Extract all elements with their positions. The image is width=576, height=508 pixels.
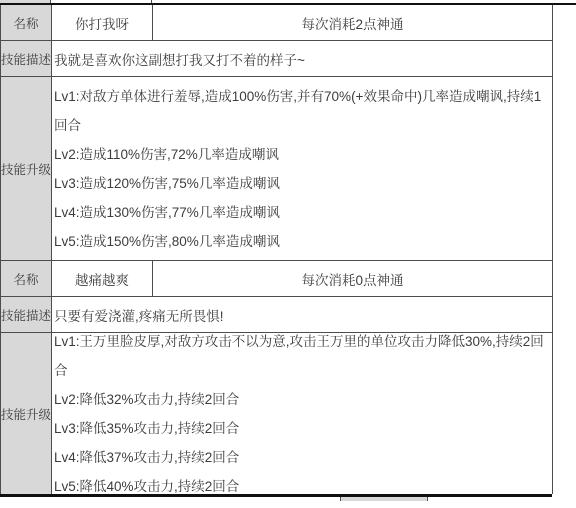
skill1-name-label: 名称 xyxy=(1,5,52,40)
skill1-upgrade-label: 技能升级 xyxy=(1,77,52,260)
next-table-cell-2 xyxy=(428,497,553,501)
skill2-upgrade-row: 技能升级 Lv1:王万里脸皮厚,对敌方攻击不以为意,攻击王万里的单位攻击力降低3… xyxy=(1,333,552,494)
skill2-upgrade-levels: Lv1:王万里脸皮厚,对敌方攻击不以为意,攻击王万里的单位攻击力降低30%,持续… xyxy=(52,333,552,494)
skill2-level-2: Lv2:降低32%攻击力,持续2回合 xyxy=(54,385,550,414)
skill2-cost-value: 每次消耗0点神通 xyxy=(153,261,552,296)
skill2-name-row: 名称 越痛越爽 每次消耗0点神通 xyxy=(1,261,552,297)
skill1-level-1: Lv1:对敌方单体进行羞辱,造成100%伤害,并有70%(+效果命中)几率造成嘲… xyxy=(54,82,550,140)
skill1-upgrade-row: 技能升级 Lv1:对敌方单体进行羞辱,造成100%伤害,并有70%(+效果命中)… xyxy=(1,77,552,261)
skill1-cost-value: 每次消耗2点神通 xyxy=(153,5,552,40)
skill1-level-3: Lv3:造成120%伤害,75%几率造成嘲讽 xyxy=(54,169,550,198)
skill2-desc-label: 技能描述 xyxy=(1,297,52,332)
previous-row-name-cell xyxy=(51,0,152,3)
skill1-desc-row: 技能描述 我就是喜欢你这副想打我又打不着的样子~ xyxy=(1,41,552,77)
skill1-level-2: Lv2:造成110%伤害,72%几率造成嘲讽 xyxy=(54,140,550,169)
skill1-upgrade-levels: Lv1:对敌方单体进行羞辱,造成100%伤害,并有70%(+效果命中)几率造成嘲… xyxy=(52,77,552,260)
skill1-name-value: 你打我呀 xyxy=(52,5,153,40)
skill1-desc-label: 技能描述 xyxy=(1,41,52,76)
skill2-upgrade-label: 技能升级 xyxy=(1,333,52,494)
next-table-partial-row xyxy=(0,497,553,501)
skill1-desc-value: 我就是喜欢你这副想打我又打不着的样子~ xyxy=(52,41,552,76)
skill2-name-value: 越痛越爽 xyxy=(52,261,153,296)
skill2-name-label: 名称 xyxy=(1,261,52,296)
skill2-level-3: Lv3:降低35%攻击力,持续2回合 xyxy=(54,414,550,443)
next-table-label-cell xyxy=(341,497,428,501)
next-table-cell-1 xyxy=(0,497,341,501)
skill-table-page: 名称 你打我呀 每次消耗2点神通 技能描述 我就是喜欢你这副想打我又打不着的样子… xyxy=(0,0,576,508)
skill2-level-4: Lv4:降低37%攻击力,持续2回合 xyxy=(54,443,550,472)
skill1-level-5: Lv5:造成150%伤害,80%几率造成嘲讽 xyxy=(54,227,550,256)
previous-row-label-cell xyxy=(0,0,51,3)
skill-info-table: 名称 你打我呀 每次消耗2点神通 技能描述 我就是喜欢你这副想打我又打不着的样子… xyxy=(0,5,553,494)
skill1-level-4: Lv4:造成130%伤害,77%几率造成嘲讽 xyxy=(54,198,550,227)
skill1-name-row: 名称 你打我呀 每次消耗2点神通 xyxy=(1,5,552,41)
previous-row-value-cell xyxy=(152,0,576,3)
skill2-level-1: Lv1:王万里脸皮厚,对敌方攻击不以为意,攻击王万里的单位攻击力降低30%,持续… xyxy=(54,327,550,385)
